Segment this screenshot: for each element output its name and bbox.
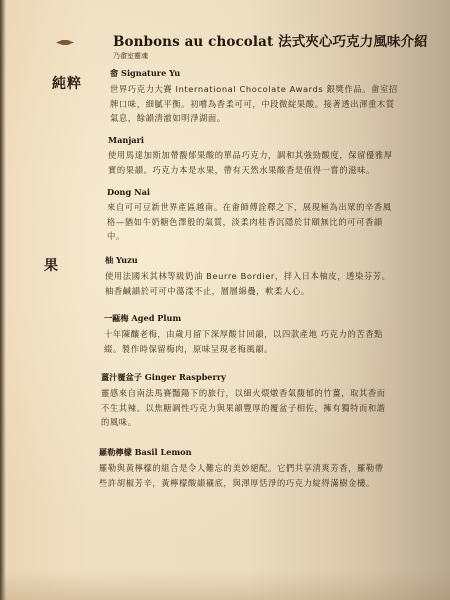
menu-item-dong-nai: Dong Nai 來自可可豆新世界產區越南。在畬師傅詮釋之下，展現極為出眾的辛香…: [107, 187, 397, 244]
menu-item-yuzu: 柚 Yuzu 使用法國米其林等級奶油 Beurre Bordier，拌入日本柚皮…: [105, 255, 395, 298]
item-description: 十年陳釀老梅，由歲月留下深厚酸甘回韻，以四款產地 巧克力的苦香點綴。製作時保留梅…: [104, 327, 394, 356]
menu-item-manjari: Manjari 使用馬達加斯加帶馥郁果酸的單品巧克力，調和其強勁酸度，保留優雅厚…: [108, 135, 398, 177]
item-name: 一甌梅 Aged Plum: [104, 313, 394, 324]
item-name: Dong Nai: [107, 187, 397, 197]
menu-page: Bonbons au chocolat 法式夾心巧克力風味介紹 乃畬室靈魂 純粹…: [0, 0, 450, 600]
menu-item-basil-lemon: 羅勒檸檬 Basil Lemon 羅勒與黃檸檬的組合是令人難忘的美妙絕配。它們共…: [99, 447, 389, 490]
page-title: Bonbons au chocolat 法式夾心巧克力風味介紹: [113, 30, 428, 50]
item-name: 羅勒檸檬 Basil Lemon: [99, 447, 389, 458]
page-subtitle: 乃畬室靈魂: [113, 51, 428, 61]
menu-item-signature-yu: 畬 Signature Yu 世界巧克力大賽 International Cho…: [110, 68, 400, 126]
item-description: 羅勒與黃檸檬的組合是令人難忘的美妙絕配。它們共享清爽芳香，羅勒帶些許胡椒芳辛，黃…: [99, 461, 389, 490]
item-name: 薑汁覆盆子 Ginger Raspberry: [101, 372, 391, 383]
item-description: 使用馬達加斯加帶馥郁果酸的單品巧克力，調和其強勁酸度，保留優雅厚實的果韻。巧克力…: [108, 148, 398, 177]
item-name: 畬 Signature Yu: [110, 68, 400, 79]
item-description: 使用法國米其林等級奶油 Beurre Bordier，拌入日本柚皮，透染芬芳。柚…: [105, 269, 395, 298]
diamond-ornament-icon: [56, 40, 74, 45]
menu-item-aged-plum: 一甌梅 Aged Plum 十年陳釀老梅，由歲月留下深厚酸甘回韻，以四款產地 巧…: [104, 313, 394, 356]
item-description: 來自可可豆新世界產區越南。在畬師傅詮釋之下，展現極為出眾的辛香風格—猶如牛奶糖色…: [107, 200, 397, 244]
item-description: 世界巧克力大賽 International Chocolate Awards 銀…: [110, 82, 400, 126]
menu-header: Bonbons au chocolat 法式夾心巧克力風味介紹 乃畬室靈魂: [113, 30, 428, 61]
item-description: 靈感來自南法馬賽豔陽下的旅行，以細火煨燉香氣馥郁的竹薑，取其香而不生其辣。以焦糖…: [101, 386, 391, 430]
item-name: 柚 Yuzu: [105, 255, 395, 266]
menu-item-ginger-raspberry: 薑汁覆盆子 Ginger Raspberry 靈感來自南法馬賽豔陽下的旅行，以細…: [101, 372, 391, 430]
category-label-pure: 純粹: [52, 73, 82, 93]
item-name: Manjari: [108, 135, 398, 145]
category-label-fruit: 果: [44, 255, 59, 275]
